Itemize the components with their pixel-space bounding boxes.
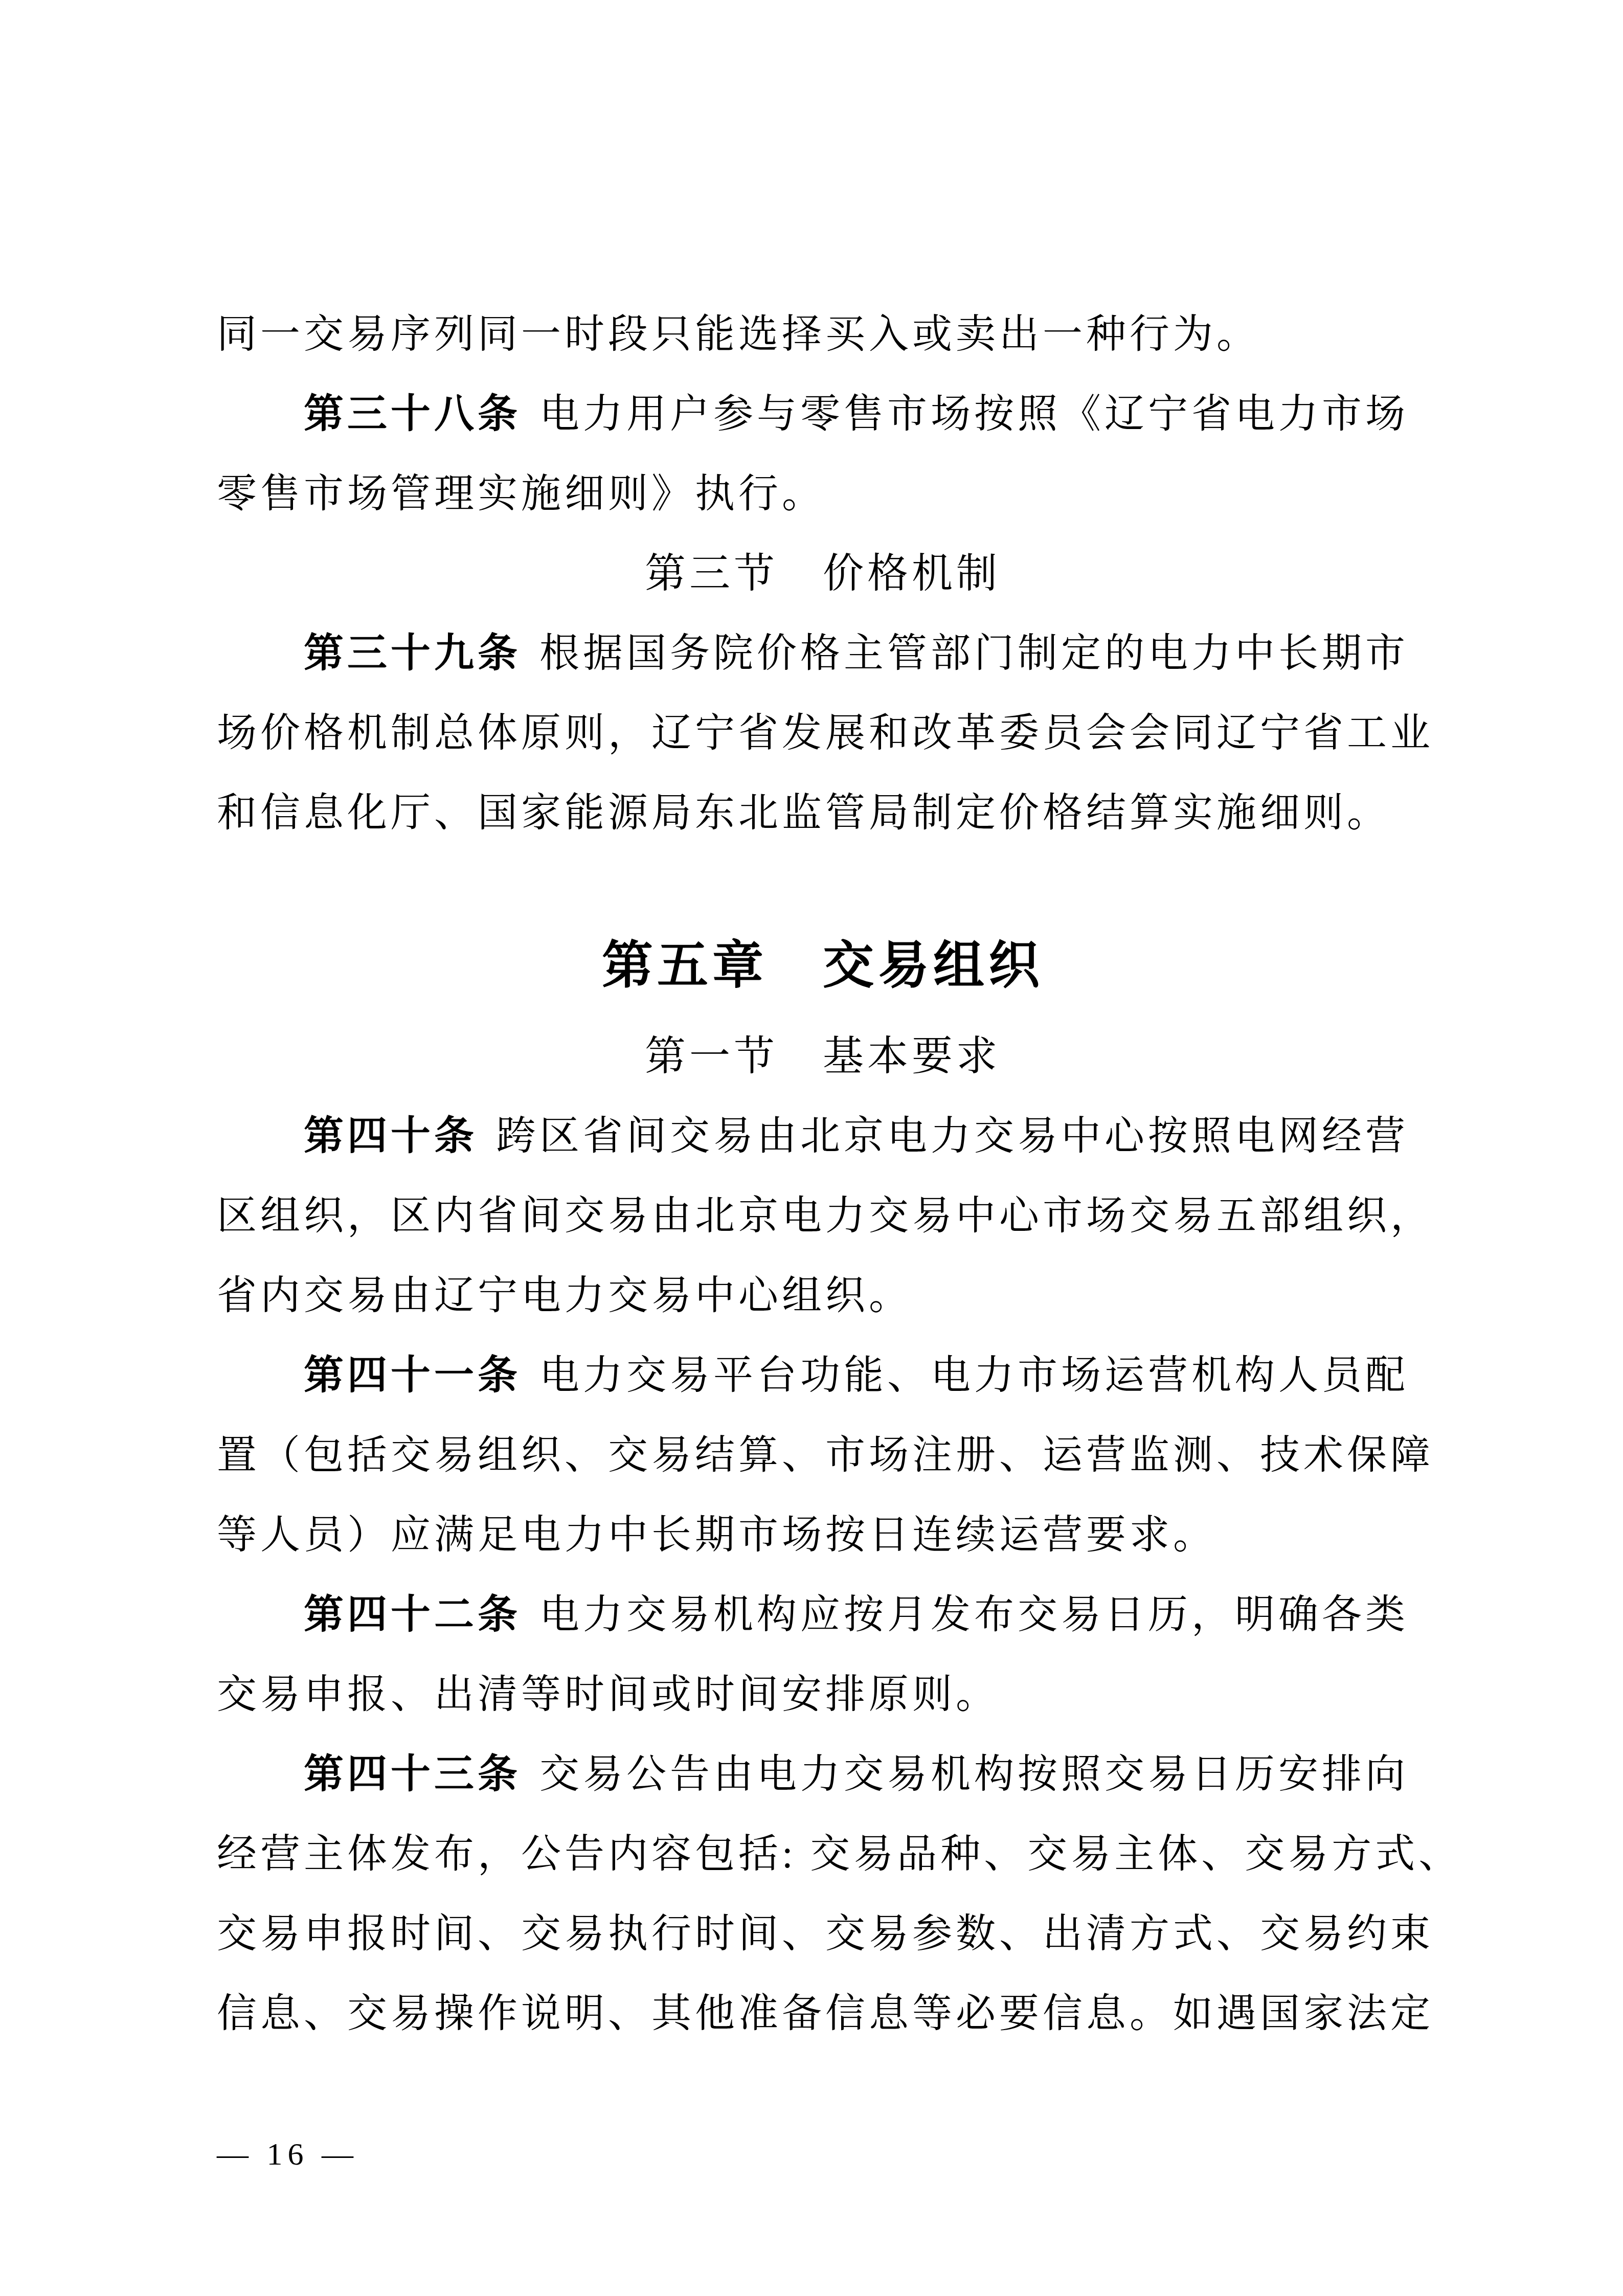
article-number: 第三十八条	[304, 392, 521, 436]
article-number: 第四十二条	[304, 1592, 521, 1637]
section-heading: 第三节 价格机制	[217, 534, 1429, 614]
article-paragraph-line: 第四十条跨区省间交易由北京电力交易中心按照电网经营	[217, 1096, 1429, 1176]
body-line: 区组织，区内省间交易由北京电力交易中心市场交易五部组织，	[217, 1176, 1429, 1256]
chapter-heading: 第五章 交易组织	[217, 914, 1429, 1017]
article-text: 电力交易平台功能、电力市场运营机构人员配	[539, 1353, 1409, 1398]
section-heading: 第一节 基本要求	[217, 1017, 1429, 1096]
article-paragraph-line: 第三十九条根据国务院价格主管部门制定的电力中长期市	[217, 614, 1429, 693]
body-line: 和信息化厅、国家能源局东北监管局制定价格结算实施细则。	[217, 773, 1429, 853]
body-line: 置（包括交易组织、交易结算、市场注册、运营监测、技术保障	[217, 1415, 1429, 1495]
body-line: 场价格机制总体原则，辽宁省发展和改革委员会会同辽宁省工业	[217, 693, 1429, 773]
article-paragraph-line: 第四十二条电力交易机构应按月发布交易日历，明确各类	[217, 1575, 1429, 1655]
article-number: 第四十一条	[304, 1353, 521, 1398]
article-number: 第三十九条	[304, 631, 521, 676]
article-text: 电力用户参与零售市场按照《辽宁省电力市场	[539, 392, 1409, 436]
body-line: 信息、交易操作说明、其他准备信息等必要信息。如遇国家法定	[217, 1974, 1429, 2054]
article-text: 跨区省间交易由北京电力交易中心按照电网经营	[496, 1114, 1409, 1158]
document-page: 同一交易序列同一时段只能选择买入或卖出一种行为。 第三十八条电力用户参与零售市场…	[0, 0, 1623, 2296]
article-paragraph-line: 第三十八条电力用户参与零售市场按照《辽宁省电力市场	[217, 374, 1429, 454]
article-number: 第四十三条	[304, 1752, 521, 1796]
body-line: 经营主体发布，公告内容包括: 交易品种、交易主体、交易方式、	[217, 1814, 1429, 1894]
page-number-footer: — 16 —	[217, 2139, 358, 2170]
body-line: 交易申报、出清等时间或时间安排原则。	[217, 1655, 1429, 1735]
body-line: 零售市场管理实施细则》执行。	[217, 454, 1429, 534]
article-text: 电力交易机构应按月发布交易日历，明确各类	[539, 1592, 1409, 1637]
article-paragraph-line: 第四十三条交易公告由电力交易机构按照交易日历安排向	[217, 1735, 1429, 1814]
article-text: 根据国务院价格主管部门制定的电力中长期市	[539, 631, 1409, 676]
article-text: 交易公告由电力交易机构按照交易日历安排向	[539, 1752, 1409, 1796]
article-paragraph-line: 第四十一条电力交易平台功能、电力市场运营机构人员配	[217, 1336, 1429, 1415]
body-line: 同一交易序列同一时段只能选择买入或卖出一种行为。	[217, 295, 1429, 374]
article-number: 第四十条	[304, 1114, 478, 1158]
body-line: 省内交易由辽宁电力交易中心组织。	[217, 1256, 1429, 1336]
body-line: 交易申报时间、交易执行时间、交易参数、出清方式、交易约束	[217, 1894, 1429, 1974]
body-line: 等人员）应满足电力中长期市场按日连续运营要求。	[217, 1495, 1429, 1575]
document-body: 同一交易序列同一时段只能选择买入或卖出一种行为。 第三十八条电力用户参与零售市场…	[217, 295, 1429, 2054]
